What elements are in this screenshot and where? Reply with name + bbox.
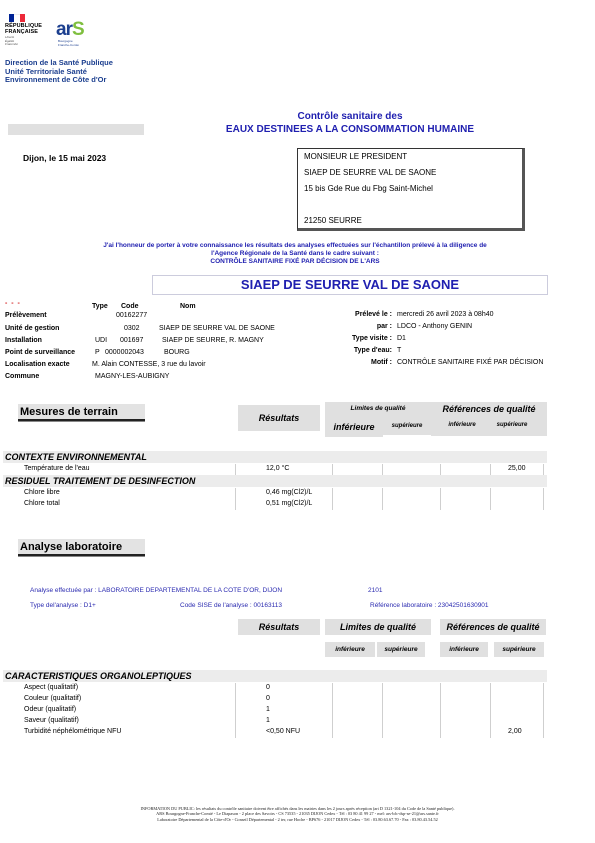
sampling-value: LDCO - Anthony GENIN [397, 323, 472, 330]
sampling-value: D1 [397, 335, 406, 342]
ars-logo: arS [56, 20, 84, 39]
recipient-line: 21250 SEURRE [304, 216, 362, 225]
category-row: CONTEXTE ENVIRONNEMENTAL [3, 451, 547, 463]
column-divider [490, 683, 491, 738]
id-row-label: Localisation exacte [5, 361, 70, 368]
id-row-label: Point de surveillance [5, 349, 75, 356]
intro-line: l'Agence Régionale de la Santé dans le c… [40, 250, 550, 258]
lab-type-analyse: Type del'analyse : D1+ [30, 602, 96, 609]
header-resultats: Résultats [238, 405, 320, 431]
sampling-value: mercredi 26 avril 2023 à 08h40 [397, 311, 494, 318]
footer-line: Laboratoire Départemental de la Côte-d'O… [0, 817, 595, 822]
column-divider [543, 488, 544, 510]
id-row-label: Commune [5, 373, 39, 380]
column-divider [440, 683, 441, 738]
id-row-nom: M. Alain CONTESSE, 3 rue du lavoir [92, 361, 206, 368]
title-line-2: EAUX DESTINEES A LA CONSOMMATION HUMAINE [180, 123, 520, 136]
table-row: Saveur (qualitatif)1 [0, 716, 595, 726]
column-divider [382, 488, 383, 510]
red-dashes-marker: - - - [5, 300, 21, 307]
column-divider [440, 464, 441, 475]
table-row: Couleur (qualitatif)0 [0, 694, 595, 704]
ars-sub-line: Franche-Comté [58, 44, 79, 48]
footer-info: INFORMATION DU PUBLIC: les résultats du … [0, 806, 595, 822]
table-row: Aspect (qualitatif)0 [0, 683, 595, 693]
title-line-1: Contrôle sanitaire des [180, 110, 520, 123]
column-divider [543, 464, 544, 475]
sampling-label: Type d'eau: [312, 347, 392, 354]
column-divider [440, 488, 441, 510]
id-row-nom: BOURG [164, 349, 190, 356]
recipient-line: MONSIEUR LE PRESIDENT [304, 152, 407, 161]
sampling-label: par : [312, 323, 392, 330]
column-divider [382, 683, 383, 738]
recipient-line: SIAEP DE SEURRE VAL DE SAONE [304, 168, 436, 177]
intro-line: J'ai l'honneur de porter à votre connais… [40, 242, 550, 250]
lab-header-resultats: Résultats [238, 619, 320, 635]
col-header-nom: Nom [180, 303, 196, 310]
intro-line: CONTRÔLE SANITAIRE FIXÉ PAR DÉCISION DE … [40, 258, 550, 266]
cell-ref-sup: 25,00 [508, 464, 542, 474]
sampling-label: Type visite : [312, 335, 392, 342]
id-row-label: Unité de gestion [5, 325, 59, 332]
section-title-laboratoire: Analyse laboratoire [18, 539, 145, 556]
result-value: 1 [266, 705, 356, 715]
column-divider [490, 488, 491, 510]
header-limites-inferieure: inférieure [325, 416, 383, 437]
category-row: CARACTERISTIQUES ORGANOLEPTIQUES [3, 670, 547, 682]
id-row-nom: SIAEP DE SEURRE, R. MAGNY [162, 337, 264, 344]
col-header-code: Code [121, 303, 139, 310]
id-row-code: 0000002043 [105, 349, 144, 356]
column-divider [490, 464, 491, 475]
entity-name: SIAEP DE SEURRE VAL DE SAONE [153, 276, 547, 294]
id-row-type: P [95, 349, 100, 356]
id-row-label: Prélèvement [5, 312, 47, 319]
result-value: 0,46 mg(Cl2)/L [266, 488, 356, 498]
lab-effectuee-par: Analyse effectuée par : LABORATOIRE DEPA… [30, 587, 282, 594]
sampling-label: Prélevé le : [312, 311, 392, 318]
recipient-address-box: MONSIEUR LE PRESIDENT SIAEP DE SEURRE VA… [297, 148, 525, 231]
column-divider [332, 683, 333, 738]
direction-line: Environnement de Côte d'Or [5, 76, 113, 85]
redacted-bar [8, 124, 144, 135]
param-name: Couleur (qualitatif) [24, 694, 81, 704]
document-title: Contrôle sanitaire des EAUX DESTINEES A … [180, 110, 520, 136]
param-name: Chlore total [24, 499, 60, 509]
param-name: Aspect (qualitatif) [24, 683, 78, 693]
lab-code: 2101 [368, 587, 382, 594]
lab-header-limites: Limites de qualité [325, 619, 431, 635]
letter-date: Dijon, le 15 mai 2023 [23, 153, 106, 163]
result-value: 1 [266, 716, 356, 726]
ars-subtitle: Bourgogne Franche-Comté [58, 40, 79, 47]
recipient-line: 15 bis Gde Rue du Fbg Saint-Michel [304, 184, 433, 193]
ars-logo-text: ar [56, 19, 72, 40]
column-divider [235, 683, 236, 738]
result-value: 12,0 °C [266, 464, 356, 474]
lab-header-limites-superieure: supérieure [377, 642, 425, 657]
republique-francaise-logo: RÉPUBLIQUE FRANÇAISE [5, 23, 42, 35]
id-row-code: 00162277 [116, 312, 147, 319]
table-row: Température de l'eau12,0 °C25,00 [0, 464, 595, 474]
id-row-code: 001697 [120, 337, 143, 344]
ars-logo-s: S [72, 19, 84, 40]
column-divider [332, 488, 333, 510]
entity-name-box: SIAEP DE SEURRE VAL DE SAONE [152, 275, 548, 295]
lab-header-references-inferieure: inférieure [440, 642, 488, 657]
param-name: Température de l'eau [24, 464, 90, 474]
param-name: Odeur (qualitatif) [24, 705, 76, 715]
result-value: 0,51 mg(Cl2)/L [266, 499, 356, 509]
header-references-inferieure: inférieure [437, 422, 487, 428]
sampling-label: Motif : [312, 359, 392, 366]
lab-header-references-superieure: supérieure [494, 642, 544, 657]
table-row: Chlore total0,51 mg(Cl2)/L [0, 499, 595, 509]
header-references: Références de qualité [431, 404, 547, 414]
id-row-nom: SIAEP DE SEURRE VAL DE SAONE [159, 325, 275, 332]
header-limites: Limites de qualité [325, 402, 431, 416]
column-divider [382, 464, 383, 475]
direction-block: Direction de la Santé Publique Unité Ter… [5, 59, 113, 85]
header-references-superieure: supérieure [487, 422, 537, 428]
motto-fraternite: Fraternité [5, 43, 18, 47]
col-header-type: Type [92, 303, 108, 310]
republique-motto: Liberté Égalité Fraternité [5, 36, 18, 47]
lab-header-limites-inferieure: inférieure [325, 642, 375, 657]
param-name: Turbidité néphélométrique NFU [24, 727, 121, 737]
id-row-label: Installation [5, 337, 42, 344]
lab-header-references: Références de qualité [440, 619, 546, 635]
column-divider [235, 464, 236, 475]
column-divider [543, 683, 544, 738]
lab-reference: Référence laboratoire : 23042501630901 [370, 602, 489, 609]
result-value: 0 [266, 683, 356, 693]
header-limites-superieure: supérieure [383, 416, 431, 435]
column-divider [332, 464, 333, 475]
id-row-type: UDI [95, 337, 107, 344]
table-row: Odeur (qualitatif)1 [0, 705, 595, 715]
table-row: Chlore libre0,46 mg(Cl2)/L [0, 488, 595, 498]
id-row-nom: MAGNY-LES-AUBIGNY [95, 373, 169, 380]
result-value: <0,50 NFU [266, 727, 356, 737]
sampling-value: CONTRÔLE SANITAIRE FIXÉ PAR DÉCISION [397, 359, 543, 366]
intro-paragraph: J'ai l'honneur de porter à votre connais… [40, 242, 550, 266]
french-flag-icon [9, 14, 25, 22]
result-value: 0 [266, 694, 356, 704]
category-row: RESIDUEL TRAITEMENT DE DESINFECTION [3, 475, 547, 487]
id-row-code: 0302 [124, 325, 140, 332]
cell-ref-sup: 2,00 [508, 727, 542, 737]
param-name: Chlore libre [24, 488, 60, 498]
sampling-value: T [397, 347, 401, 354]
column-divider [235, 488, 236, 510]
param-name: Saveur (qualitatif) [24, 716, 79, 726]
section-title-terrain: Mesures de terrain [18, 404, 145, 421]
lab-code-sise: Code SISE de l'analyse : 00163113 [180, 602, 282, 609]
table-row: Turbidité néphélométrique NFU<0,50 NFU2,… [0, 727, 595, 737]
